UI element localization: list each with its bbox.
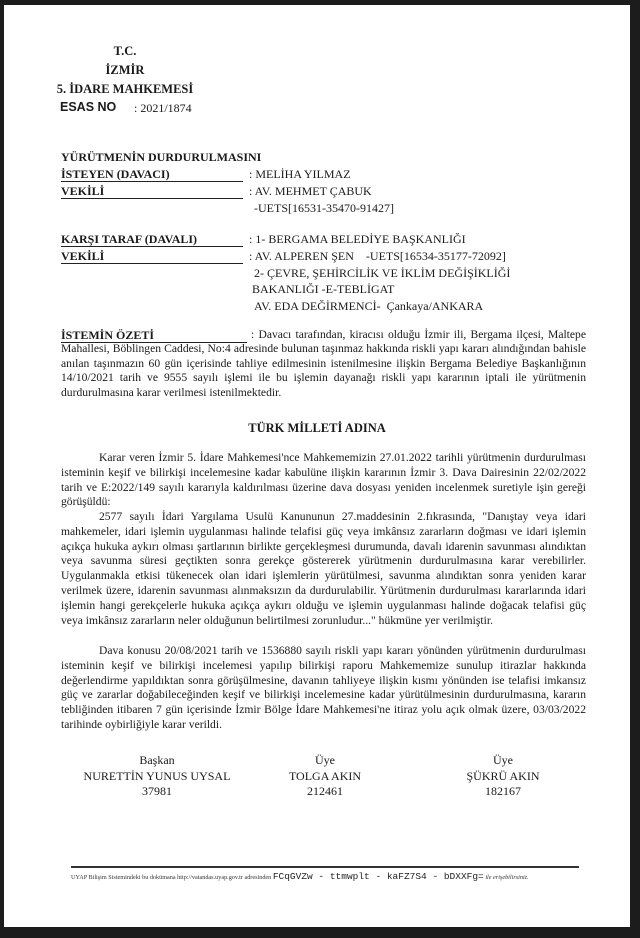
- signature-number: 212461: [240, 784, 410, 800]
- defendant-label-underline: [61, 246, 243, 247]
- defendant-attorney-label: VEKİLİ: [61, 249, 104, 264]
- signature-name: NURETTİN YUNUS UYSAL: [72, 769, 242, 785]
- defendant-attorney-label-underline: [61, 263, 243, 264]
- defendant-value: : 1- BERGAMA BELEDİYE BAŞKANLIĞI: [249, 232, 466, 247]
- plaintiff-label-underline: [61, 181, 243, 182]
- plaintiff-attorney-label-underline: [61, 198, 243, 199]
- footer-verification: UYAP Bilişim Sistemindeki bu dokümana ht…: [71, 871, 529, 882]
- defendant-label: KARŞI TARAF (DAVALI): [61, 232, 197, 247]
- plaintiff-attorney-value: : AV. MEHMET ÇABUK: [249, 184, 372, 199]
- signature-name: TOLGA AKIN: [240, 769, 410, 785]
- footer-suffix: ile erişebilirsiniz.: [485, 874, 528, 881]
- signature-number: 37981: [72, 784, 242, 800]
- case-number-label: ESAS NO: [60, 100, 116, 114]
- plaintiff-attorney-uets: -UETS[16531-35470-91427]: [254, 201, 394, 216]
- signature-title: Üye: [418, 753, 588, 769]
- signature-president: Başkan NURETTİN YUNUS UYSAL 37981: [72, 753, 242, 800]
- defendant2-line2: BAKANLIĞI -E-TEBLİGAT: [252, 282, 394, 297]
- paragraph-3: Dava konusu 20/08/2021 tarih ve 1536880 …: [61, 644, 586, 733]
- summary-text: : Davacı tarafından, kiracısı olduğu İzm…: [61, 328, 586, 400]
- footer-prefix: UYAP Bilişim Sistemindeki bu dokümana ht…: [71, 874, 271, 881]
- signature-number: 182167: [418, 784, 588, 800]
- paragraph-1: Karar veren İzmir 5. İdare Mahkemesi'nce…: [61, 451, 586, 510]
- defendant2-attorney: AV. EDA DEĞİRMENCİ- Çankaya/ANKARA: [254, 299, 483, 314]
- footer-verification-code: FCqGVZw - ttmwplt - kaFZ7S4 - bDXXFg=: [273, 871, 484, 882]
- header-state: T.C.: [40, 44, 210, 59]
- document-page: T.C. İZMİR 5. İDARE MAHKEMESİ ESAS NO : …: [4, 5, 630, 927]
- signature-title: Üye: [240, 753, 410, 769]
- signature-member-2: Üye ŞÜKRÜ AKIN 182167: [418, 753, 588, 800]
- header-court: 5. İDARE MAHKEMESİ: [40, 82, 210, 97]
- subject-title: YÜRÜTMENİN DURDURULMASINI: [61, 150, 261, 165]
- defendant2-line1: 2- ÇEVRE, ŞEHİRCİLİK VE İKLİM DEĞİŞİKLİĞ…: [254, 266, 510, 281]
- paragraph-2: 2577 sayılı İdari Yargılama Usulü Kanunu…: [61, 510, 586, 628]
- signature-name: ŞÜKRÜ AKIN: [418, 769, 588, 785]
- footer-divider: [71, 866, 579, 868]
- signature-member-1: Üye TOLGA AKIN 212461: [240, 753, 410, 800]
- plaintiff-value: : MELİHA YILMAZ: [249, 167, 351, 182]
- header-city: İZMİR: [40, 63, 210, 78]
- plaintiff-attorney-label: VEKİLİ: [61, 184, 104, 199]
- signature-title: Başkan: [72, 753, 242, 769]
- plaintiff-label: İSTEYEN (DAVACI): [61, 167, 170, 182]
- case-number-value: : 2021/1874: [134, 101, 192, 116]
- decision-title: TÜRK MİLLETİ ADINA: [4, 421, 630, 436]
- defendant-attorney-value: : AV. ALPEREN ŞEN -UETS[16534-35177-7209…: [249, 249, 506, 264]
